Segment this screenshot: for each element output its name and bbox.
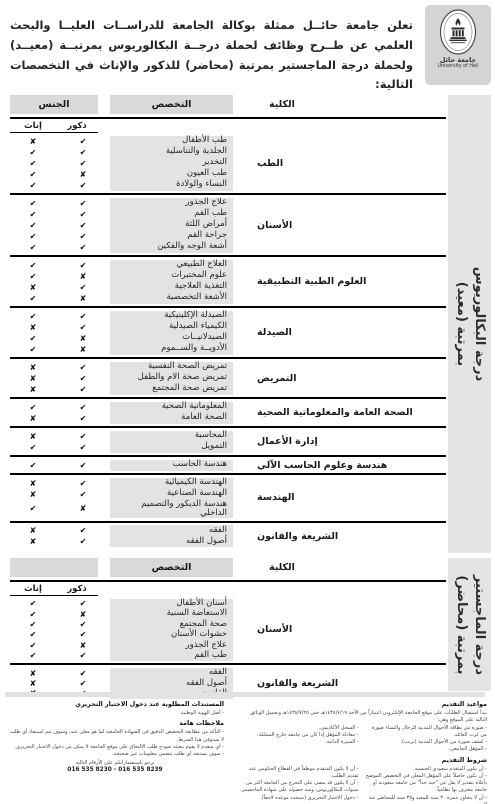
- male-check-icon: ✔: [56, 232, 110, 241]
- bachelor-table-header: الكلية التخصص الجنس: [10, 95, 446, 119]
- table-row: الأشعة التخصصية✘✔: [10, 293, 243, 304]
- specialization-label: تمريض صحة الام والطفل: [110, 373, 233, 384]
- gender-subheader: ذكور إناث: [10, 584, 446, 596]
- table-row: أصول الفقه✔✘: [10, 536, 243, 547]
- female-check-icon: ✔: [10, 651, 56, 660]
- male-cross-icon: ✘: [56, 641, 110, 650]
- specialization-label: أسنان الأطفال: [110, 599, 233, 609]
- section-rows: هندسة الحاسب✔✔: [10, 460, 243, 471]
- male-cross-icon: ✘: [56, 610, 110, 619]
- section-rows: علاج الجذور✔✔طب الفم✔✔أمراض اللثة✔✔جراحة…: [10, 198, 243, 253]
- male-check-icon: ✔: [56, 403, 110, 412]
- specialization-label: التمويل: [110, 442, 233, 453]
- female-cross-icon: ✘: [10, 479, 56, 488]
- female-column-label: إناث: [10, 584, 56, 594]
- female-check-icon: ✔: [10, 312, 56, 321]
- table-row: الاستعاضة السنية✘✔: [10, 609, 243, 619]
- female-check-icon: ✔: [10, 294, 56, 303]
- female-check-icon: ✔: [10, 159, 56, 168]
- female-check-icon: ✔: [10, 170, 56, 179]
- female-check-icon: ✔: [10, 403, 56, 412]
- bachelor-degree-label: درجة البكالوريوس بمرتبة (معيد): [451, 267, 487, 382]
- master-degree-line2: بمرتبة (محاضر): [451, 574, 469, 674]
- female-check-icon: ✔: [10, 334, 56, 343]
- male-check-icon: ✔: [56, 620, 110, 629]
- male-check-icon: ✔: [56, 630, 110, 639]
- table-row: طب الفم✔✔: [10, 650, 243, 660]
- specialization-label: طب العيون: [110, 169, 233, 180]
- specialization-label: تمريض صحة المجتمع: [110, 384, 233, 395]
- college-name: الشريعة والقانون: [243, 678, 446, 689]
- table-row: تمريض صحة الام والطفل✔✘: [10, 373, 243, 384]
- master-table-header: الكلية التخصص: [10, 558, 446, 582]
- section-rows: المعلوماتية الصحية✔✔الصحة العامة✔✘: [10, 402, 243, 424]
- female-cross-icon: ✘: [10, 490, 56, 499]
- specialization-label: علوم المختبرات: [110, 271, 233, 282]
- table-row: تمريض صحة المجتمع✔✘: [10, 384, 243, 395]
- male-check-icon: ✔: [56, 385, 110, 394]
- female-check-icon: ✔: [10, 641, 56, 650]
- bachelor-degree-line2: بمرتبة (معيد): [451, 267, 469, 382]
- table-row: طب الفم✔✔: [10, 209, 243, 220]
- footer-fine-print: مواعيد التقديم يبدأ استقبال الطلبات على …: [6, 701, 487, 804]
- male-check-icon: ✔: [56, 414, 110, 423]
- female-check-icon: ✔: [10, 443, 56, 452]
- exam-documents-title: المستندات المطلوبة عند دخول الاختبار الت…: [6, 701, 224, 708]
- specialization-label: التغذية العلاجية: [110, 282, 233, 293]
- logo-name-english: University of Hail: [437, 64, 478, 69]
- specialization-label: جراحة الفم: [110, 231, 233, 242]
- required-document: - معادلة المؤهل إذا كان من جامعة خارج ال…: [237, 732, 359, 739]
- logo-name-arabic: جامعة حائل: [440, 56, 476, 64]
- male-check-icon: ✔: [56, 461, 110, 470]
- section-rows: الصيدلة الإكلينيكية✔✔الكيمياء الصيدلية✔✘…: [10, 311, 243, 355]
- bachelor-degree-strip: درجة البكالوريوس بمرتبة (معيد): [448, 95, 491, 553]
- table-row: طب العيون✘✔: [10, 169, 243, 180]
- specialization-label: أصول الفقه: [110, 678, 233, 688]
- required-document: - السيرة الذاتية.: [237, 739, 359, 746]
- male-check-icon: ✔: [56, 199, 110, 208]
- specialization-label: المحاسبة: [110, 431, 233, 442]
- college-name: الصيدلة: [243, 327, 446, 338]
- condition-item: - أن يكون المتقدم سعودي الجنسية.: [366, 766, 488, 773]
- specialization-label: تمريض الصحة النفسية: [110, 362, 233, 373]
- condition-item: - أن يكون حاصلاً على المؤهل المعلن في ال…: [366, 773, 488, 795]
- female-cross-icon: ✘: [10, 374, 56, 383]
- table-row: أصول الفقه✔✘: [10, 678, 243, 688]
- table-row: علاج الجذور✔✔: [10, 198, 243, 209]
- female-check-icon: ✔: [10, 232, 56, 241]
- specialization-label: الجلدية والتناسلية: [110, 147, 233, 158]
- college-section: الهندسةالهندسة الكيميائية✔✘الهندسة الصنا…: [10, 473, 446, 521]
- specialization-label: طب الأطفال: [110, 136, 233, 147]
- female-cross-icon: ✘: [10, 137, 56, 146]
- specialization-label: طب الفم: [110, 650, 233, 660]
- female-cross-icon: ✘: [10, 385, 56, 394]
- specialization-label: الأدويــة والســموم: [110, 344, 233, 355]
- specialization-label: أمراض اللثة: [110, 220, 233, 231]
- female-check-icon: ✔: [10, 620, 56, 629]
- master-table: الكلية التخصص ذكور إناث الأسنانأسنان الأ…: [10, 558, 446, 702]
- section-rows: طب الأطفال✔✘الجلدية والتناسلية✔✔التخدير✔…: [10, 136, 243, 191]
- specialization-label: الصيدلة الإكلينيكية: [110, 311, 233, 322]
- college-section: الأسنانعلاج الجذور✔✔طب الفم✔✔أمراض اللثة…: [10, 193, 446, 255]
- college-section: التمريضتمريض الصحة النفسية✔✘تمريض صحة ال…: [10, 357, 446, 397]
- footer-right-column: مواعيد التقديم يبدأ استقبال الطلبات على …: [237, 701, 487, 804]
- college-section: الطبطب الأطفال✔✘الجلدية والتناسلية✔✔التخ…: [10, 133, 446, 193]
- college-name: الأسنان: [243, 220, 446, 231]
- female-check-icon: ✔: [10, 610, 56, 619]
- exam-document-item: - أصل الهوية الوطنية.: [6, 710, 224, 717]
- specialization-label: المعلوماتية الصحية: [110, 402, 233, 413]
- specialization-label: الصحة العامة: [110, 413, 233, 424]
- table-row: الكيمياء الصيدلية✔✘: [10, 322, 243, 333]
- male-check-icon: ✔: [56, 323, 110, 332]
- specialization-label: الفقه: [110, 525, 233, 536]
- gender-header-box-empty: [10, 558, 98, 577]
- note-item: - سوف يستبعد أي طلب يتضمن معلومات غير صح…: [6, 751, 224, 758]
- table-row: علوم المختبرات✘✔: [10, 271, 243, 282]
- male-cross-icon: ✘: [56, 272, 110, 281]
- table-row: أشعة الوجه والفكين✔✔: [10, 242, 243, 253]
- table-row: العلاج الطبيعي✔✔: [10, 260, 243, 271]
- phone-numbers: 016 535 8230 - 016 535 8239: [6, 767, 224, 773]
- male-check-icon: ✔: [56, 490, 110, 499]
- specialization-column-header: التخصص: [110, 95, 233, 114]
- college-name: هندسة وعلوم الحاسب الآلي: [243, 460, 446, 471]
- bachelor-table: الكلية التخصص الجنس ذكور إناث الطبطب الأ…: [10, 95, 446, 550]
- gender-column-header: الجنس: [10, 95, 98, 114]
- female-check-icon: ✔: [10, 181, 56, 190]
- table-row: جراحة الفم✔✔: [10, 231, 243, 242]
- condition-item: - أن لا يكون المتقدم موظفاً في القطاع ال…: [237, 766, 359, 781]
- male-check-icon: ✔: [56, 443, 110, 452]
- college-section: هندسة وعلوم الحاسب الآليهندسة الحاسب✔✔: [10, 455, 446, 473]
- master-degree-line1: درجة الماجستير: [470, 574, 488, 674]
- female-check-icon: ✔: [10, 504, 56, 513]
- college-section: إدارة الأعمالالمحاسبة✔✘التمويل✔✔: [10, 426, 446, 455]
- female-cross-icon: ✘: [10, 537, 56, 546]
- table-row: الأدويــة والســموم✘✔: [10, 344, 243, 355]
- male-check-icon: ✔: [56, 148, 110, 157]
- specialization-label: العلاج الطبيعي: [110, 260, 233, 271]
- female-cross-icon: ✘: [10, 679, 56, 688]
- specialization-label: الصيدلانيــات: [110, 333, 233, 344]
- master-degree-label: درجة الماجستير بمرتبة (محاضر): [451, 574, 487, 674]
- table-row: الجلدية والتناسلية✔✔: [10, 147, 243, 158]
- female-check-icon: ✔: [10, 148, 56, 157]
- male-column-label: ذكور: [56, 121, 98, 131]
- table-row: حشوات الأسنان✔✔: [10, 630, 243, 640]
- female-check-icon: ✔: [10, 221, 56, 230]
- college-name: الشريعة والقانون: [243, 531, 446, 542]
- male-check-icon: ✔: [56, 221, 110, 230]
- announcement-text: تعلن جامعة حائــل ممثلة بوكالة الجامعة ل…: [10, 16, 413, 95]
- note-item: - أي متقدم لا يقوم بتعبئة نموذج طلب الال…: [6, 744, 224, 751]
- female-check-icon: ✔: [10, 261, 56, 270]
- application-dates-intro: يبدأ استقبال الطلبات على موقع الجامعة ال…: [237, 710, 487, 725]
- bachelor-degree-line1: درجة البكالوريوس: [470, 267, 488, 382]
- bachelor-table-body: الطبطب الأطفال✔✘الجلدية والتناسلية✔✔التخ…: [10, 133, 446, 550]
- specialization-label: الفقه: [110, 668, 233, 678]
- female-check-icon: ✔: [10, 599, 56, 608]
- footer-divider-bar: [5, 692, 485, 697]
- condition-item: - دخول الاختبار التحريري (سيحدد موعده لا…: [237, 795, 359, 802]
- section-rows: المحاسبة✔✘التمويل✔✔: [10, 431, 243, 453]
- specialization-label: الكيمياء الصيدلية: [110, 322, 233, 333]
- table-row: الصيدلة الإكلينيكية✔✔: [10, 311, 243, 322]
- male-check-icon: ✔: [56, 181, 110, 190]
- female-cross-icon: ✘: [10, 414, 56, 423]
- table-row: التغذية العلاجية✔✘: [10, 282, 243, 293]
- college-column-header: الكلية: [243, 95, 446, 114]
- female-check-icon: ✔: [10, 461, 56, 470]
- specialization-label: علاج الجذور: [110, 198, 233, 209]
- table-row: الهندسة الكيميائية✔✘: [10, 478, 243, 489]
- specialization-label: طب الفم: [110, 209, 233, 220]
- male-check-icon: ✔: [56, 669, 110, 678]
- specialization-label: النساء والولادة: [110, 180, 233, 191]
- college-column-header: الكلية: [243, 558, 446, 577]
- college-section: الصحة العامة والمعلوماتية الصحيةالمعلوما…: [10, 397, 446, 426]
- table-row: هندسة الحاسب✔✔: [10, 460, 243, 471]
- male-cross-icon: ✘: [56, 345, 110, 354]
- required-document: - كشف صورة من الأحوال المدنية (برنت).: [366, 739, 488, 746]
- table-row: تمريض الصحة النفسية✔✘: [10, 362, 243, 373]
- section-rows: تمريض الصحة النفسية✔✘تمريض صحة الام والط…: [10, 362, 243, 395]
- college-name: الهندسة: [243, 492, 446, 503]
- male-check-icon: ✔: [56, 651, 110, 660]
- specialization-label: حشوات الأسنان: [110, 630, 233, 640]
- conditions-title: شروط التقديم: [237, 757, 487, 764]
- male-check-icon: ✔: [56, 159, 110, 168]
- college-section: الأسنانأسنان الأطفال✔✔الاستعاضة السنية✘✔…: [10, 596, 446, 663]
- gender-subheader: ذكور إناث: [10, 121, 446, 133]
- specialization-label: الأشعة التخصصية: [110, 293, 233, 304]
- specialization-column-header: التخصص: [110, 558, 233, 577]
- male-check-icon: ✔: [56, 363, 110, 372]
- female-check-icon: ✔: [10, 345, 56, 354]
- section-rows: الهندسة الكيميائية✔✘الهندسة الصناعية✔✘هن…: [10, 478, 243, 519]
- footer-left-column: المستندات المطلوبة عند دخول الاختبار الت…: [6, 701, 224, 804]
- specialization-label: الهندسة الكيميائية: [110, 478, 233, 489]
- table-row: أمراض اللثة✔✔: [10, 220, 243, 231]
- male-cross-icon: ✘: [56, 294, 110, 303]
- female-cross-icon: ✘: [10, 363, 56, 372]
- job-announcement-document: { "header": { "announcement": "تعلن جامع…: [0, 0, 495, 804]
- condition-item: - أن لا يتجاوز عمره ٣٠ سنة للمعيد و٣٥ سن…: [366, 795, 488, 804]
- condition-item: - أن لا يكون قد مضى على التخرج من الجامع…: [237, 780, 359, 795]
- male-cross-icon: ✘: [56, 170, 110, 179]
- female-cross-icon: ✘: [10, 526, 56, 535]
- specialization-label: أشعة الوجه والفكين: [110, 242, 233, 253]
- female-check-icon: ✔: [10, 199, 56, 208]
- male-check-icon: ✔: [56, 374, 110, 383]
- male-check-icon: ✔: [56, 599, 110, 608]
- table-row: الهندسة الصناعية✔✘: [10, 489, 243, 500]
- female-cross-icon: ✘: [10, 323, 56, 332]
- table-row: التخدير✔✔: [10, 158, 243, 169]
- table-row: الفقه✔✘: [10, 525, 243, 536]
- male-check-icon: ✔: [56, 283, 110, 292]
- table-row: أسنان الأطفال✔✔: [10, 599, 243, 609]
- master-degree-strip: درجة الماجستير بمرتبة (محاضر): [448, 558, 491, 691]
- specialization-label: هندسة الديكور والتصميم الداخلي: [110, 500, 233, 519]
- male-cross-icon: ✘: [56, 334, 110, 343]
- required-document: - صورة من بطاقة الأحوال المدنية للرجال و…: [366, 725, 488, 740]
- female-cross-icon: ✘: [10, 432, 56, 441]
- university-emblem-icon: [439, 9, 477, 55]
- specialization-label: هندسة الحاسب: [110, 460, 233, 471]
- college-name: العلوم الطبية التطبيقية: [243, 276, 446, 287]
- table-row: النساء والولادة✔✔: [10, 180, 243, 191]
- female-check-icon: ✔: [10, 210, 56, 219]
- required-document: - المؤهل الجامعي.: [366, 746, 488, 753]
- male-check-icon: ✔: [56, 261, 110, 270]
- college-section: الشريعة والقانونالفقه✔✘أصول الفقه✔✘: [10, 521, 446, 550]
- male-check-icon: ✔: [56, 537, 110, 546]
- table-row: الفقه✔✘: [10, 668, 243, 678]
- college-section: العلوم الطبية التطبيقيةالعلاج الطبيعي✔✔ع…: [10, 255, 446, 306]
- male-check-icon: ✔: [56, 243, 110, 252]
- table-row: الصحة العامة✔✘: [10, 413, 243, 424]
- table-row: هندسة الديكور والتصميم الداخلي✘✔: [10, 500, 243, 519]
- specialization-label: أصول الفقه: [110, 536, 233, 547]
- female-check-icon: ✔: [10, 630, 56, 639]
- specialization-label: الهندسة الصناعية: [110, 489, 233, 500]
- male-check-icon: ✔: [56, 479, 110, 488]
- required-document: - السجل الأكاديمي.: [237, 725, 359, 732]
- college-name: التمريض: [243, 373, 446, 384]
- application-dates-title: مواعيد التقديم: [237, 701, 487, 708]
- table-row: طب الأطفال✔✘: [10, 136, 243, 147]
- table-row: المحاسبة✔✘: [10, 431, 243, 442]
- male-check-icon: ✔: [56, 312, 110, 321]
- specialization-label: علاج الجذور: [110, 640, 233, 650]
- male-check-icon: ✔: [56, 210, 110, 219]
- table-row: المعلوماتية الصحية✔✔: [10, 402, 243, 413]
- college-name: إدارة الأعمال: [243, 436, 446, 447]
- college-section: الصيدلةالصيدلة الإكلينيكية✔✔الكيمياء الص…: [10, 306, 446, 357]
- male-check-icon: ✔: [56, 137, 110, 146]
- female-column-label: إناث: [10, 121, 56, 131]
- male-check-icon: ✔: [56, 679, 110, 688]
- table-row: الصيدلانيــات✘✔: [10, 333, 243, 344]
- table-row: علاج الجذور✘✔: [10, 640, 243, 650]
- male-column-label: ذكور: [56, 584, 98, 594]
- college-name: الأسنان: [243, 624, 446, 635]
- section-rows: العلاج الطبيعي✔✔علوم المختبرات✘✔التغذية …: [10, 260, 243, 304]
- female-cross-icon: ✘: [10, 669, 56, 678]
- male-cross-icon: ✘: [56, 504, 110, 513]
- college-name: الطب: [243, 158, 446, 169]
- female-check-icon: ✔: [10, 243, 56, 252]
- section-rows: أسنان الأطفال✔✔الاستعاضة السنية✘✔صحة الم…: [10, 599, 243, 661]
- specialization-label: التخدير: [110, 158, 233, 169]
- male-check-icon: ✔: [56, 526, 110, 535]
- table-row: التمويل✔✔: [10, 442, 243, 453]
- contact-line: نرجو باستفساراتكم على الأرقام التالية: [6, 760, 224, 766]
- female-check-icon: ✔: [10, 272, 56, 281]
- important-notes-title: ملاحظات هامة: [6, 720, 224, 727]
- female-cross-icon: ✘: [10, 283, 56, 292]
- male-check-icon: ✔: [56, 432, 110, 441]
- master-table-body: الأسنانأسنان الأطفال✔✔الاستعاضة السنية✘✔…: [10, 596, 446, 702]
- college-name: الصحة العامة والمعلوماتية الصحية: [243, 407, 446, 418]
- section-rows: الفقه✔✘أصول الفقه✔✘: [10, 525, 243, 547]
- university-logo: جامعة حائل University of Hail: [425, 5, 491, 85]
- note-item: - التأكد من مطابقة التخصص الدقيق في الشه…: [6, 729, 224, 744]
- specialization-label: الاستعاضة السنية: [110, 609, 233, 619]
